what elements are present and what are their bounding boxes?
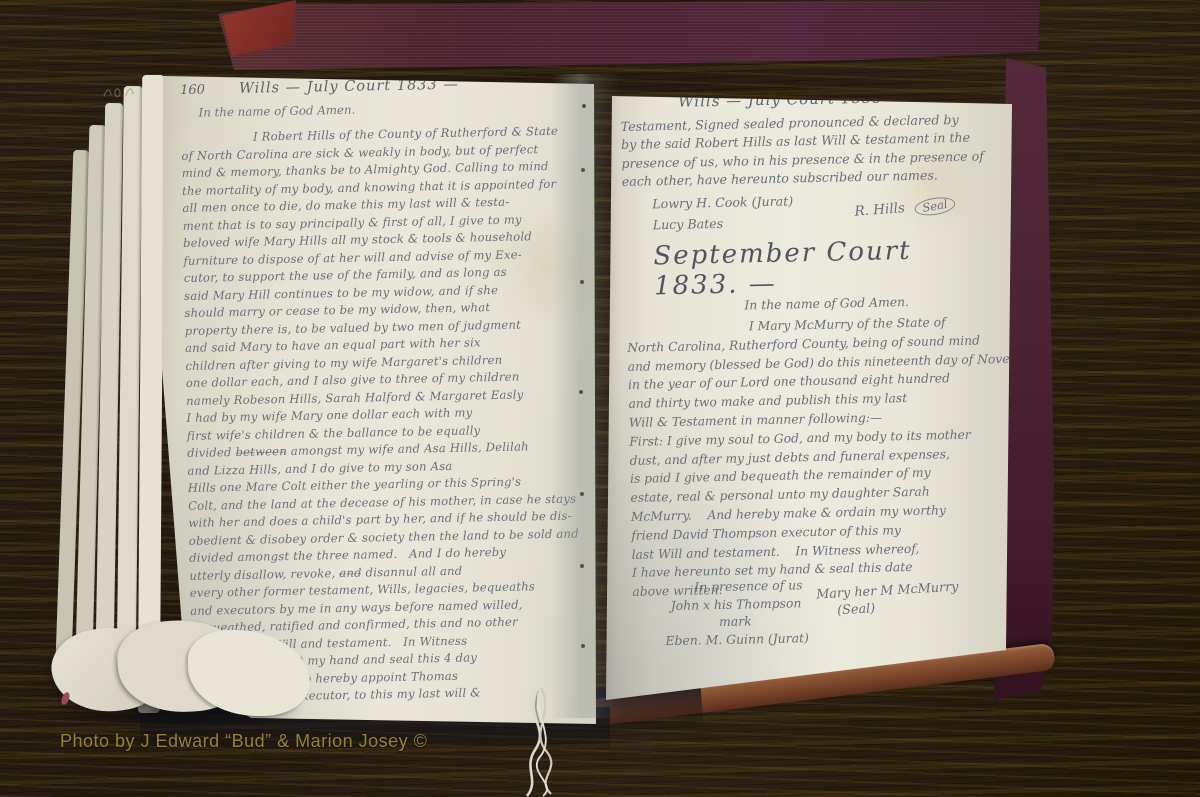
left-page-text: 160Wills — July Court 1833 — In the name… (180, 75, 582, 708)
left-page-invocation: In the name of God Amen. (198, 99, 570, 120)
seal-mark: Seal (914, 195, 957, 218)
text-line: Lucy Bates (653, 211, 794, 235)
binding-thread (495, 688, 615, 797)
probate-clause: Testament, Signed sealed pronounced & de… (621, 110, 985, 191)
left-page-number: 160 (180, 83, 205, 98)
right-page-invocation: In the name of God Amen. (744, 294, 909, 312)
text-line: Eben. M. Guinn (Jurat) (665, 629, 809, 649)
september-court-heading: September Court 1833. — (653, 234, 987, 301)
pencil-mark (102, 84, 136, 102)
text-line: In presence of us (694, 576, 808, 596)
photo-of-will-book: 160Wills — July Court 1833 — In the name… (0, 0, 1200, 797)
stitch-hole (580, 280, 584, 284)
photo-credit: Photo by J Edward “Bud” & Marion Josey © (60, 731, 427, 752)
text-line: Lowry H. Cook (Jurat) (652, 190, 793, 214)
signature-name: R. Hills (854, 200, 905, 220)
left-page-body: I Robert Hills of the County of Rutherfo… (181, 123, 582, 708)
left-page: 160Wills — July Court 1833 — In the name… (156, 68, 596, 728)
text-line: mark (719, 611, 809, 630)
stitch-hole (582, 104, 586, 108)
witness-signatures: Lowry H. Cook (Jurat)Lucy Bates (652, 190, 794, 235)
text-line: John x his Thompson (671, 594, 809, 614)
right-page: Wills — July Court 1833 161 Testament, S… (602, 90, 1016, 704)
stitch-hole (580, 564, 584, 568)
testator-signature-mary-mcmurry: Mary her M McMurry (Seal) (816, 579, 960, 621)
stitch-hole (580, 492, 584, 496)
stitch-hole (579, 390, 583, 394)
closing-witnesses: In presence of usJohn x his Thompsonmark… (664, 576, 809, 649)
page-stack-edge (138, 75, 164, 713)
will-body: I Mary McMurry of the State ofNorth Caro… (627, 311, 1047, 602)
testator-signature-r-hills: R. HillsSeal (854, 196, 957, 220)
stitch-hole (581, 168, 585, 172)
stitch-hole (581, 644, 585, 648)
